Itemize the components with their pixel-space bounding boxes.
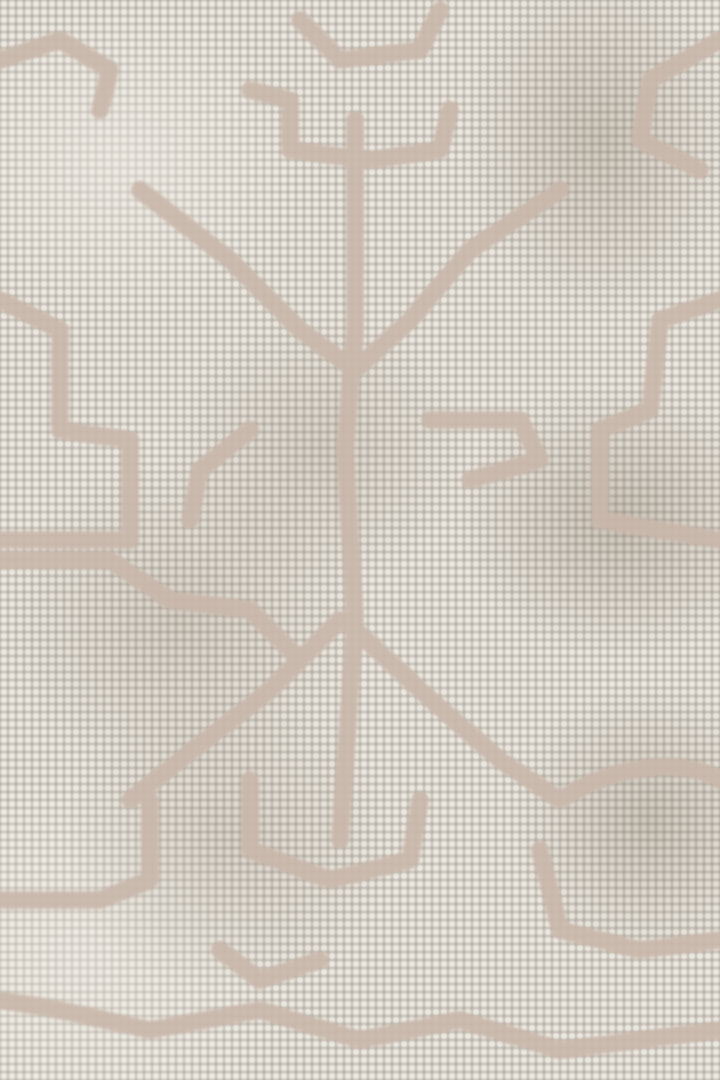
raised-pile-lattice-pattern [0,0,720,1080]
rug-texture-photo [0,0,720,1080]
